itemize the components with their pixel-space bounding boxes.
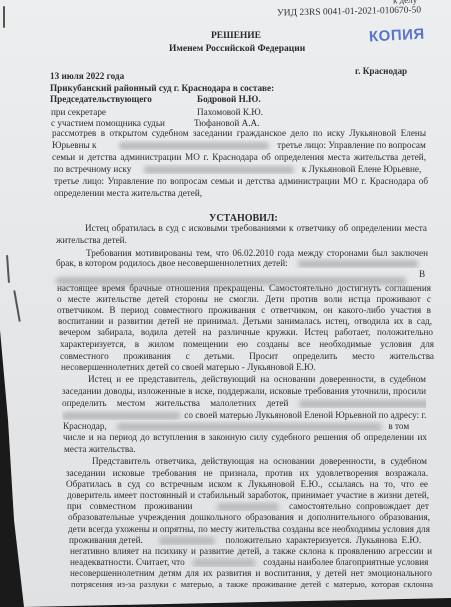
intro-text: к Лукьяновой Елене Юрьевне, [302,164,421,174]
presiding-name: Бодровой Н.Ю. [197,93,261,105]
body-line: Обратилась в суд со встречным иском к Лу… [66,479,428,489]
body-text: Краснодар, [63,421,107,431]
presiding-label: Председательствующего [50,93,152,105]
body-text: неадекватности. Считает, что [70,557,185,567]
body-text: В [419,268,425,280]
body-line: со своей матерью Лукьяновой Еленой Юрьев… [62,410,426,420]
intro-line: по встречному иску к Лукьяновой Елене Юр… [54,164,428,174]
staple-mark [13,290,21,322]
intro-line: семьи и детства администрации МО г. Крас… [52,152,426,162]
body-line: места жительства. [64,444,438,454]
redacted-text [62,412,180,420]
decision-subtitle: Именем Российской Федерации [169,44,305,54]
body-line: характеризуется, в жилом помещении ею со… [60,339,434,349]
redacted-text [299,400,426,408]
body-line: жительства детей. [56,235,430,245]
redacted-text [193,559,255,567]
redacted-text [298,260,418,268]
staple-mark [3,6,5,28]
body-line: дети всегда ухожены и опрятны, по месту … [68,524,430,534]
body-line: Требования мотивированы тем, что 06.02.2… [86,248,428,258]
body-line: несовершеннолетним детям для их развития… [70,568,432,578]
body-text: в том [388,421,409,431]
decision-title: РЕШЕНИЕ [211,31,261,41]
intro-line: определении места жительства детей, [54,188,428,198]
staple-mark [6,255,10,283]
body-line: настоящее время брачные отношения прекра… [57,283,431,293]
body-line: проживания детей. положительно характери… [69,535,431,545]
body-line: образовательные учреждения дошкольного о… [68,512,430,522]
body-text: брак, в котором родилось двое несовершен… [56,258,288,268]
intro-text: по встречному иску [54,164,131,174]
body-line: числе и на период до вступления в законн… [63,432,427,442]
document-page: к делу УИД 23RS 0041-01-2021-010670-50 К… [0,0,451,607]
redacted-text [119,142,269,150]
body-line: совместного проживания с детьми. Просит … [60,351,434,361]
intro-line: рассмотрев в открытом судебном заседании… [52,128,426,138]
body-text: со своей матерью Лукьяновой Еленой Юрьев… [184,410,426,420]
decision-date: 13 июля 2022 года [50,70,124,82]
intro-line: третье лицо: Управление по вопросам семь… [54,176,428,186]
body-line: потрясения из-за разлуки с матерью, а та… [71,579,433,589]
body-line: воспитании и развитии детей не принимал.… [58,316,432,326]
body-text: при совместном проживании [67,501,192,511]
body-line: негативно влияет на психику и развитие д… [70,546,432,556]
body-line: Представитель ответчика, действующая на … [92,456,427,466]
body-line: определить местом жительства малолетних … [62,398,426,408]
body-line: доверитель имеет постоянный и стабильный… [67,490,429,500]
body-text: проживания детей. [69,535,143,545]
case-uid: УИД 23RS 0041-01-2021-010670-50 [277,5,421,18]
body-line: Истец и ее представитель, действующий на… [88,374,426,384]
body-line: заседании доводы, изложенные в иске, под… [62,386,426,396]
city: г. Краснодар [355,65,407,77]
copy-stamp: КОПИЯ [369,26,425,46]
redacted-text [217,503,279,511]
body-text: созданы наиболее благоприятные условия [263,557,428,567]
body-text: самостоятельно сопровождает детей в [289,501,429,511]
body-text: определить местом жительства малолетних … [62,398,288,408]
body-line: Краснодар, в том [63,421,427,431]
body-line: несовершеннолетних детей со своей матерь… [61,362,435,372]
body-line: ответчиком. В период совместного прожива… [57,305,431,315]
redacted-text [159,537,215,545]
body-line: вечером забирала, водила детей на различ… [59,327,433,337]
intro-text: Юрьевны к [52,140,97,150]
case-ref: к делу [393,0,417,5]
body-line: Истец обратилась в суд с исковыми требов… [85,223,427,233]
body-line: заседании исковые требования не признала… [66,468,428,478]
body-text: положительно характеризуется. Лукьянова … [225,535,421,545]
intro-text: третье лицо: Управление по вопросам [277,140,426,150]
body-line: при совместном проживании самостоятельно… [67,501,429,511]
body-line: неадекватности. Считает, что созданы наи… [70,557,432,567]
body-line: брак, в котором родилось двое несовершен… [56,258,430,268]
body-line: о месте жительстве детей стороны не смог… [57,294,431,304]
intro-line: Юрьевны к третье лицо: Управление по воп… [52,140,426,150]
redacted-text [144,166,294,174]
redacted-text [117,423,382,431]
